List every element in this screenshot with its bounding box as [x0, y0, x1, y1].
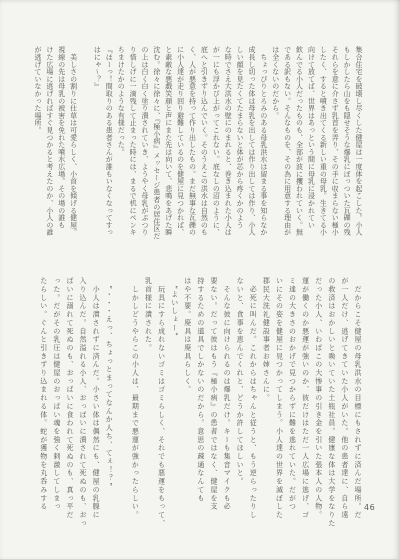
text-column: と素敵な悪戯笑顔と声にまた先は向いて、悲鳴をあげた瞬間母乳に — [162, 46, 174, 243]
text-column: もしかしたら山をも隠せそうな爆乳にぼっついた瓦礫の残骸、 — [340, 46, 352, 243]
text-column: 郡民大洗礼健設事者お姉さんに。 — [259, 277, 272, 531]
bottom-text-block: だからこそ健屋の母乳洪水の目標にもされずに済んだ場所。だが一人だけ、逃げてきてい… — [28, 277, 364, 531]
text-column: が逃げていなかった場所。 — [31, 46, 43, 243]
text-column: 沈む。徐々に徐々に、『極小病』メッセージ患者の居住区だった町 — [150, 46, 162, 243]
text-column: な時でさえ大洪水の壁にのまれると、巻き込まれた小人は万 — [221, 46, 233, 243]
text-column: したく、すると噴き出てくる新しい重の母乳。生きてる小人も — [316, 46, 328, 243]
text-column: 持するための道具でしかないのだから。意思の疎通なんても — [194, 277, 207, 531]
text-column: ないと、食事を恵んでくれと、どうか許してほしいと。 — [233, 277, 246, 531]
text-column: そんな彼に向けられるのは爆乳だけ。キーも集音マイクも必 — [220, 277, 233, 531]
text-column: の上は白く白く塗り潰されていき、ようやく母乳がぷつりと止ま — [138, 46, 150, 243]
text-column: “よいしょー” — [168, 277, 181, 531]
text-column: 乳首様に潰された。 — [141, 277, 154, 531]
scanned-page: 集合住宅を破壊し尽くした健屋は一度体を起こした。小人達がもしかしたら山をも隠せそ… — [0, 0, 400, 559]
text-column: く、人が悪意を持って作り出したもの。まだ無事な瓦礫の山の上 — [186, 46, 198, 243]
text-column: しい顔を見たくてたまらないと体が芯から疼くかのように、そん — [233, 46, 245, 243]
text-column: 美しさの割りに仕草は可愛らしく、小首を傾げる健屋。その — [67, 46, 79, 243]
text-column: 要ない。だって彼はもう『極小病』の患者ではなく、健屋を支 — [207, 277, 220, 531]
text-column: ちょっぴりとろみのある母乳洪水は留まる事を知らなかった。 — [257, 46, 269, 243]
top-text-block: 集合住宅を破壊し尽くした健屋は一度体を起こした。小人達がもしかしたら山をも隠せそ… — [24, 46, 364, 243]
text-column: 玩具にすら成れないゴミはゴミらしく、それでも悪運をもって、 — [155, 277, 168, 531]
text-column: たらしい。ぐんと引きずり込まれる体。蛇が獲物を丸呑みする — [37, 277, 50, 531]
text-column: 飲んでる小人だったものも、全部が波に攫われていく。無事なん — [293, 46, 305, 243]
text-column: である訳もない。そんなものを、その為に用意する理由が健屋に — [281, 46, 293, 243]
text-column — [115, 277, 128, 531]
text-column: 運が働くのか悪運が強いのか、彼だけはただ一人広場に逃げ、ゴ — [299, 277, 312, 531]
text-column: “・・・えっ、ちょっとまってなんか人ち、てぇ！？” — [102, 277, 115, 531]
text-column: の救済はおかしいと喚いていた土瓶社員。健康な体は大学をなりたて — [325, 277, 338, 531]
text-column: それらを意に介さず乳首を弄り、その手に収まらない極小の恵み — [328, 46, 340, 243]
text-column: った。だがその乳圧は健屋のおっぱい魂を強く刺激してしまっ — [50, 277, 63, 531]
text-column: り惜しげに一滴残して止まった時には、まるで机にペンキでもぶ — [126, 46, 138, 243]
text-column: ちまけたかのような有様だった。 — [114, 46, 126, 243]
text-column: 集合住宅を破壊し尽くした健屋は一度体を起こした。小人達が — [352, 46, 364, 243]
text-column: だった小人、いわばこの大惨事の引き金を引いた張本人の人物。 — [312, 277, 325, 531]
text-column: に小人達が走り回り避難しているのを健屋に見つかれば、にゃっ — [174, 46, 186, 243]
text-column: 視線の先は母乳の被害を免れた噴水広場。その場の誰もが、ひら — [55, 46, 67, 243]
text-column: いにその姿を健屋に見つかってしまう。小人達の世界を滅ぼした — [272, 277, 285, 531]
text-column: ぱいに溺れて死ぬのも、おっぱいに食われて死ぬのも、真っ平だ — [63, 277, 76, 531]
text-column: 成長し切った体は母乳を出しては作り出しては作り、小人達が悲 — [245, 46, 257, 243]
text-column: はにゃ～？』 — [91, 46, 103, 243]
text-column: 『ほーっ！間取りのある患者さんが誰もいなくなってすっきり・・・ — [102, 46, 114, 243]
text-column: 必死に叫んだ。これからはちゃんと従うと、もう逆らったりし — [246, 277, 259, 531]
page-number: 46 — [364, 503, 375, 512]
text-column: けた広場に逃げればすぐ見つかると考えたのか、小人の誰も — [43, 46, 55, 243]
text-column: はや不要。廃具は廃具らしく。 — [181, 277, 194, 531]
text-column: 小人は潰されずに済んだ。小さい体は偶然にも、健屋の乳腺に — [89, 277, 102, 531]
text-column: 向けて放てば、世界はあっという間に母乳に浸かれていく。沿岸 — [305, 46, 317, 243]
text-column — [79, 46, 91, 243]
text-column: が一にも浮かび上がってこれない。底なしの沼のように、渦の — [209, 46, 221, 243]
text-column: は全くないのだから。 — [269, 46, 281, 243]
text-column: ミ達の大きさのおかげで見つからずに難を逃れていた。だがつ — [285, 277, 298, 531]
text-column: 底へと引きずり込んでいく。そのうえこの洪水は自然のものではな — [198, 46, 210, 243]
text-column: しかしどうやらこの小人は、最期まで悪運が強かったらしい。 — [128, 277, 141, 531]
text-column: が一人だけ、逃げてきていた小人がいた。他の患者達に、自ら遠 — [338, 277, 351, 531]
text-column: だからこそ健屋の母乳洪水の目標にもされずに済んだ場所。だ — [351, 277, 364, 531]
text-column: 入り込んだ。自然溢れる小人、おっぱいに潰されて死ぬのも、おっ — [76, 277, 89, 531]
